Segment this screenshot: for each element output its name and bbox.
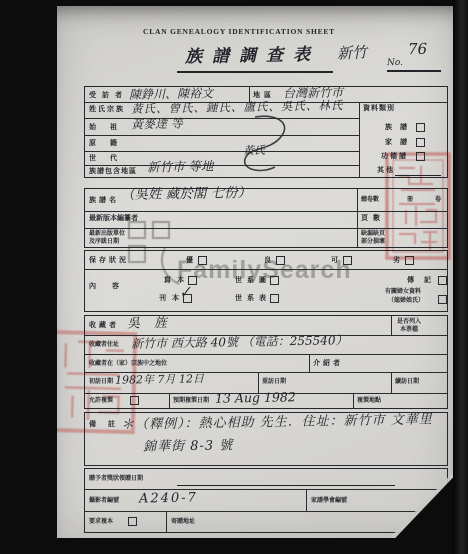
volume-unit-juan: 卷: [435, 197, 441, 203]
field-damage-label-line2: 部分損壞: [361, 239, 385, 245]
listed-label-line1: 是否列入: [397, 319, 421, 325]
region-handwritten: 新竹: [337, 45, 368, 62]
grid-line: [169, 393, 170, 408]
field-volumes-label: 總卷數: [361, 197, 379, 203]
hand-drawn-loop: [215, 111, 335, 177]
content-pedigree-chart-label: 世系圖: [235, 277, 271, 284]
grid-line: [391, 316, 392, 335]
grid-line: [309, 354, 310, 372]
field-holder-address-label: 收藏者住址: [89, 342, 119, 348]
listed-label-line2: 本票檔: [400, 327, 418, 333]
other-underline: [395, 175, 441, 176]
field-area-label: 地區: [253, 92, 275, 99]
section-remarks: 備註 ＊（釋例）：熱心相助 先生．住址：新竹市 文華里 錦華街 8-3 號: [84, 412, 448, 466]
grid-line: [353, 393, 354, 408]
genealogy-sheet-page: FamilySearch CLAN GENEALOGY IDENTIFICATI…: [57, 6, 453, 538]
field-holder-label: 收藏者: [89, 322, 119, 329]
field-publisher-label-line1: 最新出版單位: [89, 231, 125, 237]
condition-excellent-label: 優: [186, 257, 193, 264]
checkbox-icon: [416, 138, 425, 147]
number-underline: [387, 70, 441, 72]
checkmark-printed: ✓: [178, 284, 193, 301]
field-content-label: 內容: [89, 283, 135, 290]
section-genealogy-title: 族譜名 （吳姓 藏於閣 七份） 最新版本編纂者 最新出版單位 及序跋日期 總卷數…: [84, 188, 448, 248]
award-underline: [177, 485, 395, 486]
checkbox-icon: [270, 276, 279, 285]
field-publisher-label-line2: 及序跋日期: [89, 239, 119, 245]
scanned-document-stage: FamilySearch CLAN GENEALOGY IDENTIFICATI…: [0, 0, 468, 554]
field-holder-value: 吳旌: [127, 317, 181, 331]
field-holder-address-value: 新竹市 西大路 40號 （電話：255540）: [131, 334, 348, 350]
grid-line: [85, 228, 447, 229]
field-copy-permission-label: 允許複製: [89, 398, 113, 404]
field-copy-place-label: 複製地點: [357, 398, 381, 404]
field-revisit-label: 重訪日期: [262, 379, 286, 385]
content-women-label-line1: 有關婦女資料: [385, 289, 421, 295]
condition-good-label: 良: [264, 257, 271, 264]
title-underline: [177, 71, 333, 73]
grid-line: [357, 189, 358, 247]
category-header: 資料類別: [363, 105, 395, 112]
field-copy-date-value: 13 Aug 1982: [215, 391, 296, 405]
checkbox-icon: [438, 276, 447, 285]
form-title-chinese: 族譜調查表: [185, 47, 320, 66]
field-photographer-number-value: A240-7: [139, 491, 198, 505]
field-first-visit-value: 1982年 7月 12日: [115, 373, 204, 386]
field-introducer-label: 介紹者: [313, 360, 343, 367]
checkbox-icon: [416, 123, 425, 132]
category-zupu-label: 族譜: [385, 124, 415, 131]
checkbox-icon: [128, 517, 137, 526]
condition-poor-label: 劣: [393, 257, 400, 264]
field-coverage-label: 族譜包含地區: [89, 168, 137, 175]
field-first-ancestor-label: 始祖: [89, 124, 131, 131]
corner-fold: [383, 468, 453, 538]
grid-line: [85, 211, 447, 212]
field-request-copy-label: 要求複本: [89, 519, 113, 525]
scan-edge-shadow: [453, 0, 468, 554]
checkbox-icon: [343, 256, 352, 265]
field-title-label: 族譜名: [89, 197, 119, 204]
field-pages-label: 頁數: [361, 215, 385, 222]
checkbox-icon: [270, 294, 279, 303]
remarks-line2: 錦華街 8-3 號: [143, 439, 233, 454]
field-first-ancestor-value: 黃麥達 等: [131, 118, 183, 131]
field-copy-date-label: 預期複製日期: [173, 398, 209, 404]
field-condition-label: 保存狀況: [89, 257, 129, 264]
section-holder-visits: 收藏者 吳旌 是否列入 本票檔 收藏者住址 新竹市 西大路 40號 （電話：25…: [84, 315, 448, 409]
section-respondent-clans: 受訪者 陳錚川、陳裕文 地區 台灣新竹市 姓氏宗族 黃氏、曾氏、鍾氏、盧氏、吳氏…: [84, 86, 448, 178]
grid-line: [166, 511, 167, 532]
remarks-line1: ＊（釋例）：熱心相助 先生．住址：新竹市 文華里: [121, 413, 433, 431]
field-damage-label-line1: 缺漏缺頁: [361, 231, 385, 237]
section-condition-contents: 保存狀況 優 良 可 劣 內容 寫本 世系圖 傳記 刊本 ✓ 世系表 有關婦女資…: [84, 250, 448, 312]
field-respondent-value: 陳錚川、陳裕文: [129, 87, 213, 100]
field-origin-label: 原籍: [89, 140, 131, 147]
content-biography-label: 傳記: [407, 277, 441, 284]
ancestor-clan-note: 黃氏: [243, 145, 265, 156]
checkbox-icon: [276, 256, 285, 265]
field-society-number-label: 家譜學會編號: [311, 498, 347, 504]
condition-fair-label: 可: [331, 257, 338, 264]
checkbox-icon: [438, 295, 447, 304]
field-clans-label: 姓氏宗族: [89, 106, 125, 113]
field-photographer-number-label: 攝影者編號: [89, 498, 119, 504]
grid-line: [359, 102, 360, 177]
checkbox-icon: [416, 152, 425, 161]
field-coverage-value: 新竹市 等地: [147, 160, 214, 174]
field-first-visit-label: 初訪日期: [89, 379, 113, 385]
number-value: 76: [408, 42, 427, 57]
volume-unit-ce: 冊: [407, 197, 413, 203]
checkbox-icon: [130, 396, 139, 405]
grid-line: [85, 354, 447, 355]
content-pedigree-table-label: 世系表: [235, 295, 271, 302]
field-award-date-label: 贈予者獎狀領贈日期: [89, 476, 143, 482]
grid-line: [391, 372, 392, 393]
field-respondent-label: 受訪者: [89, 92, 128, 99]
field-followup-visit-label: 續訪日期: [395, 379, 419, 385]
sheet-title-english: CLAN GENEALOGY IDENTIFICATION SHEET: [84, 28, 394, 36]
category-other-label: 其他: [377, 167, 395, 174]
grid-line: [306, 489, 307, 511]
field-title-value: （吳姓 藏於閣 七份）: [121, 187, 251, 203]
number-label: No.: [387, 59, 403, 68]
field-clan-position-label: 收藏者在（家）宗族中之地位: [89, 361, 167, 367]
field-generations-label: 世代: [89, 155, 131, 162]
grid-line: [85, 269, 447, 270]
checkbox-icon: [198, 256, 207, 265]
checkbox-icon: [405, 256, 414, 265]
field-mailing-address-label: 寄贈地址: [171, 519, 195, 525]
category-gongdepu-label: 功德譜: [381, 153, 408, 160]
content-women-label-line2: （媳婦娘氏）: [388, 298, 424, 304]
field-compiler-label: 最新版本編纂者: [89, 215, 138, 222]
category-jiapu-label: 家譜: [385, 139, 415, 146]
